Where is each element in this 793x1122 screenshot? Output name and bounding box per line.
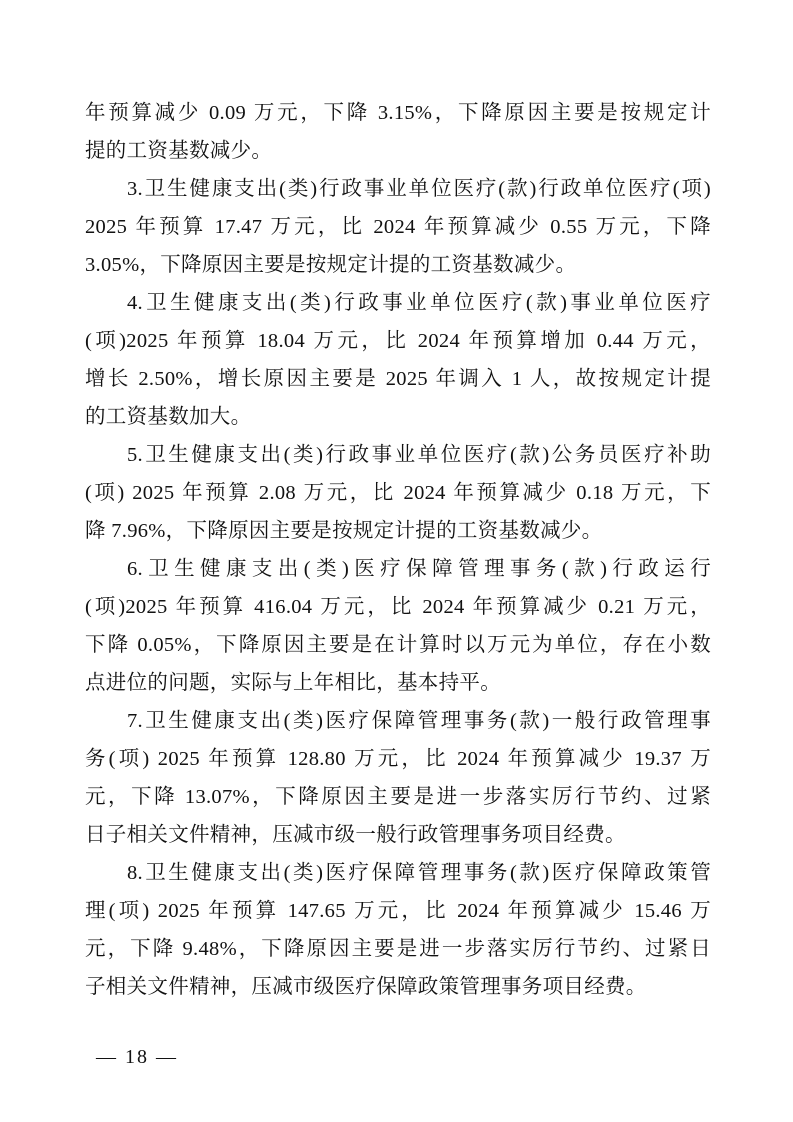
text-line: (项) 2025 年预算 2.08 万元，比 2024 年预算减少 0.18 万… — [85, 474, 711, 512]
paragraph: 5.卫生健康支出(类)行政事业单位医疗(款)公务员医疗补助(项) 2025 年预… — [85, 436, 711, 550]
text-line: 8.卫生健康支出(类)医疗保障管理事务(款)医疗保障政策管 — [85, 854, 711, 892]
text-line: 日子相关文件精神，压减市级一般行政管理事务项目经费。 — [85, 816, 711, 854]
paragraph: 4.卫生健康支出(类)行政事业单位医疗(款)事业单位医疗(项)2025 年预算 … — [85, 284, 711, 436]
paragraph: 6.卫生健康支出(类)医疗保障管理事务(款)行政运行(项)2025 年预算 41… — [85, 550, 711, 702]
text-line: (项)2025 年预算 416.04 万元，比 2024 年预算减少 0.21 … — [85, 588, 711, 626]
paragraph: 年预算减少 0.09 万元，下降 3.15%，下降原因主要是按规定计提的工资基数… — [85, 94, 711, 170]
text-line: 理(项) 2025 年预算 147.65 万元，比 2024 年预算减少 15.… — [85, 892, 711, 930]
paragraph: 7.卫生健康支出(类)医疗保障管理事务(款)一般行政管理事务(项) 2025 年… — [85, 702, 711, 854]
text-line: 年预算减少 0.09 万元，下降 3.15%，下降原因主要是按规定计 — [85, 94, 711, 132]
text-line: (项)2025 年预算 18.04 万元，比 2024 年预算增加 0.44 万… — [85, 322, 711, 360]
text-line: 元，下降 13.07%，下降原因主要是进一步落实厉行节约、过紧 — [85, 778, 711, 816]
text-line: 下降 0.05%，下降原因主要是在计算时以万元为单位，存在小数 — [85, 626, 711, 664]
text-line: 的工资基数加大。 — [85, 398, 711, 436]
paragraph: 3.卫生健康支出(类)行政事业单位医疗(款)行政单位医疗(项)2025 年预算 … — [85, 170, 711, 284]
text-line: 增长 2.50%，增长原因主要是 2025 年调入 1 人，故按规定计提 — [85, 360, 711, 398]
text-line: 3.卫生健康支出(类)行政事业单位医疗(款)行政单位医疗(项) — [85, 170, 711, 208]
text-line: 6.卫生健康支出(类)医疗保障管理事务(款)行政运行 — [85, 550, 711, 588]
text-line: 提的工资基数减少。 — [85, 132, 711, 170]
text-line: 3.05%，下降原因主要是按规定计提的工资基数减少。 — [85, 246, 711, 284]
text-line: 子相关文件精神，压减市级医疗保障政策管理事务项目经费。 — [85, 968, 711, 1006]
text-line: 5.卫生健康支出(类)行政事业单位医疗(款)公务员医疗补助 — [85, 436, 711, 474]
text-line: 元，下降 9.48%，下降原因主要是进一步落实厉行节约、过紧日 — [85, 930, 711, 968]
text-line: 4.卫生健康支出(类)行政事业单位医疗(款)事业单位医疗 — [85, 284, 711, 322]
text-line: 2025 年预算 17.47 万元，比 2024 年预算减少 0.55 万元，下… — [85, 208, 711, 246]
paragraph: 8.卫生健康支出(类)医疗保障管理事务(款)医疗保障政策管理(项) 2025 年… — [85, 854, 711, 1006]
text-line: 点进位的问题，实际与上年相比，基本持平。 — [85, 664, 711, 702]
document-body: 年预算减少 0.09 万元，下降 3.15%，下降原因主要是按规定计提的工资基数… — [85, 94, 711, 1006]
text-line: 降 7.96%，下降原因主要是按规定计提的工资基数减少。 — [85, 512, 711, 550]
document-page: 年预算减少 0.09 万元，下降 3.15%，下降原因主要是按规定计提的工资基数… — [0, 0, 793, 1122]
page-number: — 18 — — [96, 1042, 178, 1072]
text-line: 务(项) 2025 年预算 128.80 万元，比 2024 年预算减少 19.… — [85, 740, 711, 778]
text-line: 7.卫生健康支出(类)医疗保障管理事务(款)一般行政管理事 — [85, 702, 711, 740]
